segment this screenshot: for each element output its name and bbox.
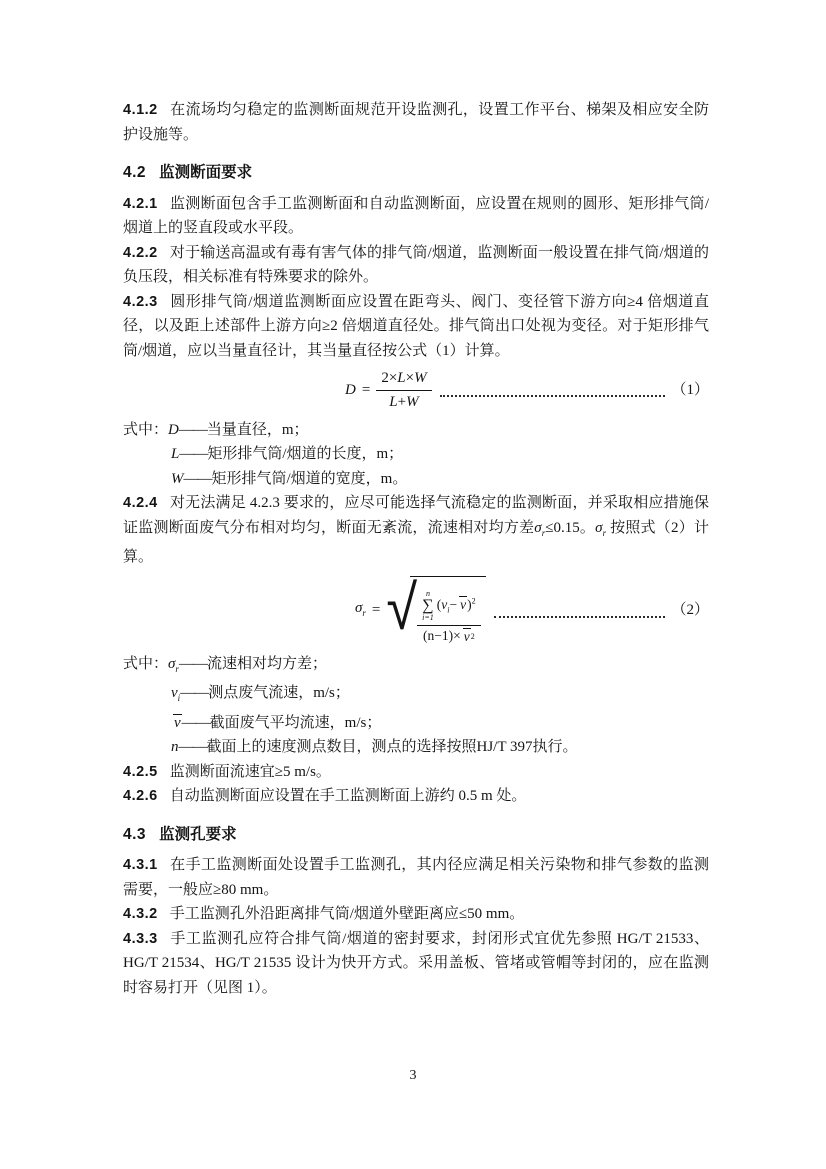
clause-text: 手工监测孔应符合排气筒/烟道的密封要求，封闭形式宜优先参照 HG/T 21533… bbox=[123, 931, 709, 996]
formula-1-fraction: 2×L×W L+W bbox=[376, 369, 431, 412]
fraction-numerator: 2×L×W bbox=[376, 369, 431, 391]
equals-sign: = bbox=[372, 598, 380, 623]
em-dash: —— bbox=[179, 422, 207, 438]
formula-2-fraction: n∑i=1 (vi−v)2 (n−1)×v2 bbox=[417, 590, 480, 645]
where-line: L——矩形排气筒/烟道的长度，m； bbox=[123, 442, 709, 467]
page-number: 3 bbox=[0, 1068, 826, 1084]
formula-1-lhs: D bbox=[345, 378, 356, 403]
heading-4-2: 4.2监测断面要求 bbox=[123, 161, 709, 186]
clause-4-2-4: 4.2.4对无法满足 4.2.3 要求的，应尽可能选择气流稳定的监测断面，并采取… bbox=[123, 491, 709, 570]
formula-1-label: （1） bbox=[671, 378, 709, 403]
symbol: n bbox=[171, 739, 179, 755]
square-root: √ n∑i=1 (vi−v)2 (n−1)×v2 bbox=[386, 576, 485, 646]
em-dash: —— bbox=[184, 471, 212, 487]
radicand: n∑i=1 (vi−v)2 (n−1)×v2 bbox=[410, 576, 485, 646]
clause-text: 对无法满足 4.2.3 要求的，应尽可能选择气流稳定的监测断面，并采取相应措施保… bbox=[123, 495, 709, 565]
fraction-denominator: L+W bbox=[389, 391, 418, 412]
sigma-r-symbol: σr bbox=[595, 520, 606, 536]
clause-4-2-5: 4.2.5监测断面流速宜≥5 m/s。 bbox=[123, 760, 709, 785]
symbol-description: 截面废气平均流速，m/s； bbox=[210, 715, 382, 731]
where-line: W——矩形排气筒/烟道的宽度，m。 bbox=[123, 467, 709, 492]
clause-number: 4.2.5 bbox=[123, 764, 158, 780]
formula-2-lhs: σr bbox=[355, 596, 366, 626]
where-line: vi——测点废气流速，m/s； bbox=[123, 681, 709, 711]
clause-number: 4.2.2 bbox=[123, 245, 158, 261]
formula-1-expression: D = 2×L×W L+W bbox=[345, 369, 432, 412]
fraction-denominator: (n−1)×v2 bbox=[423, 626, 475, 645]
symbol-description: 流速相对均方差； bbox=[207, 656, 327, 672]
fraction-numerator: n∑i=1 (vi−v)2 bbox=[417, 590, 480, 627]
clause-number: 4.3.2 bbox=[123, 906, 158, 922]
heading-title: 监测断面要求 bbox=[159, 164, 252, 181]
heading-title: 监测孔要求 bbox=[159, 826, 237, 843]
em-dash: —— bbox=[179, 446, 207, 462]
clause-number: 4.2.3 bbox=[123, 294, 158, 310]
formula-2-where-list: 式中：σr——流速相对均方差； vi——测点废气流速，m/s； v——截面废气平… bbox=[123, 652, 709, 760]
symbol: vi bbox=[171, 685, 180, 701]
symbol: W bbox=[171, 471, 184, 487]
clause-4-2-1: 4.2.1监测断面包含手工监测断面和自动监测断面，应设置在规则的圆形、矩形排气筒… bbox=[123, 192, 709, 241]
clause-4-2-2: 4.2.2对于输送高温或有毒有害气体的排气筒/烟道，监测断面一般设置在排气筒/烟… bbox=[123, 241, 709, 290]
clause-4-3-1: 4.3.1在手工监测断面处设置手工监测孔，其内径应满足相关污染物和排气参数的监测… bbox=[123, 853, 709, 902]
heading-4-3: 4.3监测孔要求 bbox=[123, 823, 709, 848]
dotted-leader bbox=[440, 395, 666, 397]
where-line: v——截面废气平均流速，m/s； bbox=[123, 711, 709, 736]
symbol: D bbox=[168, 422, 179, 438]
sigma-r-symbol: σr bbox=[534, 520, 545, 536]
clause-text: 在流场均匀稳定的监测断面规范开设监测孔，设置工作平台、梯架及相应安全防护设施等。 bbox=[123, 102, 709, 143]
document-page: 4.1.2在流场均匀稳定的监测断面规范开设监测孔，设置工作平台、梯架及相应安全防… bbox=[0, 0, 826, 1169]
clause-4-3-2: 4.3.2手工监测孔外沿距离排气筒/烟道外壁距离应≤50 mm。 bbox=[123, 902, 709, 927]
where-lead: 式中： bbox=[123, 422, 168, 438]
em-dash: —— bbox=[182, 715, 210, 731]
clause-4-3-3: 4.3.3手工监测孔应符合排气筒/烟道的密封要求，封闭形式宜优先参照 HG/T … bbox=[123, 927, 709, 1001]
where-line: 式中：σr——流速相对均方差； bbox=[123, 652, 709, 682]
clause-number: 4.1.2 bbox=[123, 102, 158, 118]
summation-sign: n∑i=1 bbox=[422, 590, 434, 624]
dotted-leader bbox=[494, 616, 666, 618]
radical-sign-icon: √ bbox=[386, 580, 417, 636]
clause-text: 监测断面流速宜≥5 m/s。 bbox=[170, 764, 331, 780]
symbol: σr bbox=[168, 656, 179, 672]
heading-number: 4.3 bbox=[123, 826, 146, 843]
clause-4-2-3: 4.2.3圆形排气筒/烟道监测断面应设置在距弯头、阀门、变径管下游方向≥4 倍烟… bbox=[123, 290, 709, 364]
clause-number: 4.3.1 bbox=[123, 857, 158, 873]
symbol-description: 矩形排气筒/烟道的长度，m； bbox=[207, 446, 403, 462]
clause-text: 监测断面包含手工监测断面和自动监测断面，应设置在规则的圆形、矩形排气筒/烟道上的… bbox=[123, 196, 709, 237]
symbol-description: 矩形排气筒/烟道的宽度，m。 bbox=[212, 471, 408, 487]
symbol-description: 当量直径，m； bbox=[207, 422, 309, 438]
clause-text: 对于输送高温或有毒有害气体的排气筒/烟道，监测断面一般设置在排气筒/烟道的负压段… bbox=[123, 245, 709, 286]
clause-number: 4.2.4 bbox=[123, 495, 158, 511]
clause-number: 4.2.6 bbox=[123, 788, 158, 804]
clause-text: 圆形排气筒/烟道监测断面应设置在距弯头、阀门、变径管下游方向≥4 倍烟道直径，以… bbox=[123, 294, 709, 359]
symbol: v bbox=[173, 714, 182, 732]
formula-2: σr = √ n∑i=1 (vi−v)2 (n−1)×v2 bbox=[123, 576, 709, 646]
em-dash: —— bbox=[180, 685, 208, 701]
formula-2-expression: σr = √ n∑i=1 (vi−v)2 (n−1)×v2 bbox=[355, 576, 486, 646]
clause-4-1-2: 4.1.2在流场均匀稳定的监测断面规范开设监测孔，设置工作平台、梯架及相应安全防… bbox=[123, 98, 709, 147]
where-lead: 式中： bbox=[123, 656, 168, 672]
clause-text: 手工监测孔外沿距离排气筒/烟道外壁距离应≤50 mm。 bbox=[170, 906, 525, 922]
clause-number: 4.3.3 bbox=[123, 931, 158, 947]
em-dash: —— bbox=[179, 656, 207, 672]
symbol-description: 测点废气流速，m/s； bbox=[208, 685, 350, 701]
clause-4-2-6: 4.2.6自动监测断面应设置在手工监测断面上游约 0.5 m 处。 bbox=[123, 784, 709, 809]
formula-2-label: （2） bbox=[671, 598, 709, 623]
equals-sign: = bbox=[362, 378, 370, 403]
clause-text: 自动监测断面应设置在手工监测断面上游约 0.5 m 处。 bbox=[170, 788, 527, 804]
clause-number: 4.2.1 bbox=[123, 196, 158, 212]
em-dash: —— bbox=[179, 739, 207, 755]
numerator-expression: (vi−v)2 bbox=[437, 596, 476, 616]
where-line: n——截面上的速度测点数目，测点的选择按照HJ/T 397执行。 bbox=[123, 735, 709, 760]
formula-1-where-list: 式中：D——当量直径，m； L——矩形排气筒/烟道的长度，m； W——矩形排气筒… bbox=[123, 418, 709, 492]
symbol-description: 截面上的速度测点数目，测点的选择按照HJ/T 397执行。 bbox=[207, 739, 578, 755]
formula-1: D = 2×L×W L+W （1） bbox=[123, 369, 709, 412]
heading-number: 4.2 bbox=[123, 164, 146, 181]
where-line: 式中：D——当量直径，m； bbox=[123, 418, 709, 443]
document-content: 4.1.2在流场均匀稳定的监测断面规范开设监测孔，设置工作平台、梯架及相应安全防… bbox=[123, 98, 709, 1000]
clause-text: 在手工监测断面处设置手工监测孔，其内径应满足相关污染物和排气参数的监测需要，一般… bbox=[123, 857, 709, 898]
